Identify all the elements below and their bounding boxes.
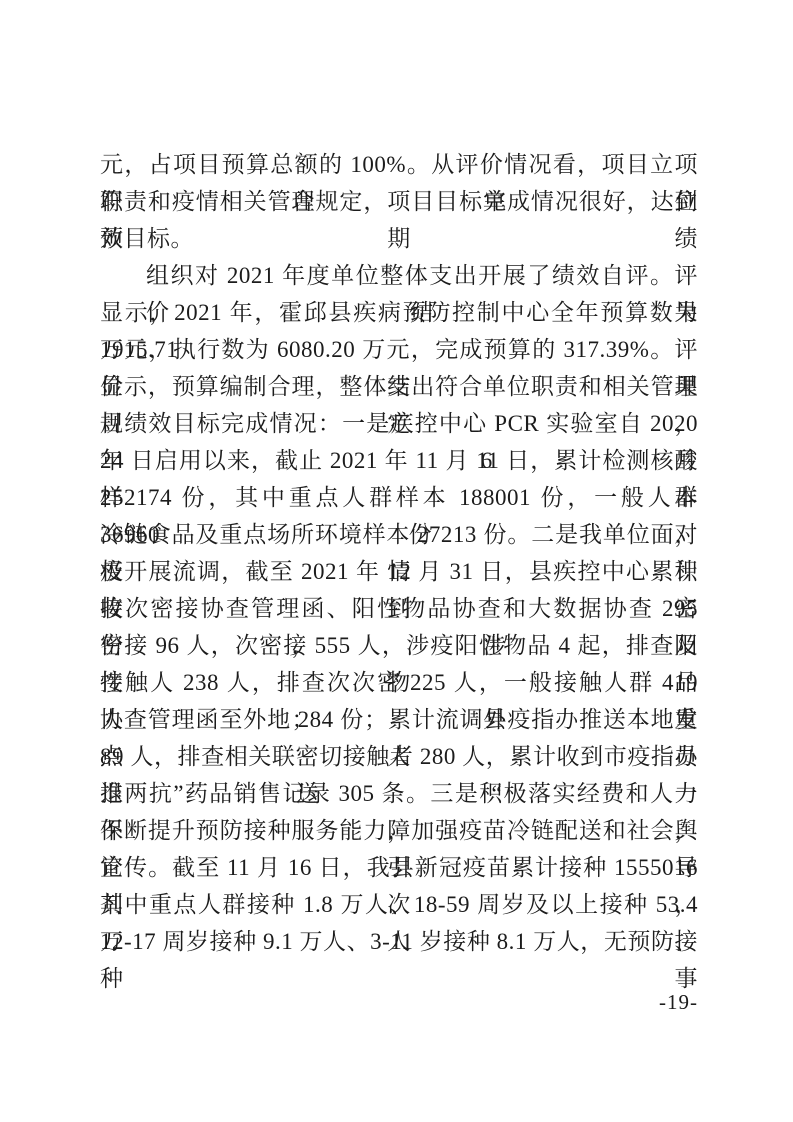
text-line: 冷链食品及重点场所环境样本 27213 份。二是我单位面对疫情积 bbox=[100, 516, 698, 553]
text-line: 12-17 周岁接种 9.1 万人、3-11 岁接种 8.1 万人，无预防接种事 bbox=[100, 923, 698, 960]
text-line: 极开展流调，截至 2021 年 12 月 31 日，县疾控中心累计收到密 bbox=[100, 553, 698, 590]
document-page: 元，占项目预算总额的 100%。从评价情况看，项目立项符合单位职责和疫情相关管理… bbox=[0, 0, 793, 1122]
text-line: 退两抗”药品销售记录 305 条。三是积极落实经费和人力保障， bbox=[100, 775, 698, 812]
text-line: 24 日启用以来，截止 2021 年 11 月 11 日，累计检测核酸样本 bbox=[100, 442, 698, 479]
text-line: 接次密接协查管理函、阳性物品协查和大数据协查 295 份，涉及 bbox=[100, 590, 698, 627]
text-line: 宣传。截至 11 月 16 日，我县新冠疫苗累计接种 1555016 剂次， bbox=[100, 849, 698, 886]
text-line: 目绩效目标完成情况：一是疾控中心 PCR 实验室自 2020 年 6 月 bbox=[100, 405, 698, 442]
text-line: 89 人，排查相关联密切接触者 280 人，累计收到市疫指办推送“一 bbox=[100, 738, 698, 775]
text-line: 元，占项目预算总额的 100%。从评价情况看，项目立项符合单位 bbox=[100, 146, 698, 183]
document-text: 元，占项目预算总额的 100%。从评价情况看，项目立项符合单位职责和疫情相关管理… bbox=[100, 146, 698, 960]
text-line: 显示，2021 年，霍邱县疾病预防控制中心全年预算数为 1915.71 bbox=[100, 294, 698, 331]
page-number: -19- bbox=[100, 988, 698, 1016]
text-line: 其中重点人群接种 1.8 万人、18-59 周岁及以上接种 53.4 万人、 bbox=[100, 886, 698, 923]
text-line: 252174 份，其中重点人群样本 188001 份，一般人群 36960 份， bbox=[100, 479, 698, 516]
text-line: 显示，预算编制合理，整体支出符合单位职责和相关管理规定， bbox=[100, 368, 698, 405]
text-line: 职责和疫情相关管理规定，项目目标完成情况很好，达到预期绩 bbox=[100, 183, 698, 220]
text-line: 接触人 238 人，排查次次密 225 人，一般接触人群 419 人；外发 bbox=[100, 664, 698, 701]
text-line: 密接 96 人，次密接 555 人，涉疫阳性物品 4 起，排查阳性物品 bbox=[100, 627, 698, 664]
text-line: 组织对 2021 年度单位整体支出开展了绩效自评。评价结果 bbox=[100, 257, 698, 294]
text-line: 协查管理函至外地 284 份；累计流调县疫指办推送本地重点人员 bbox=[100, 701, 698, 738]
text-line: 不断提升预防接种服务能力，加强疫苗冷链配送和社会舆论引导 bbox=[100, 812, 698, 849]
text-line: 万元，执行数为 6080.20 万元，完成预算的 317.39%。评价结果 bbox=[100, 331, 698, 368]
